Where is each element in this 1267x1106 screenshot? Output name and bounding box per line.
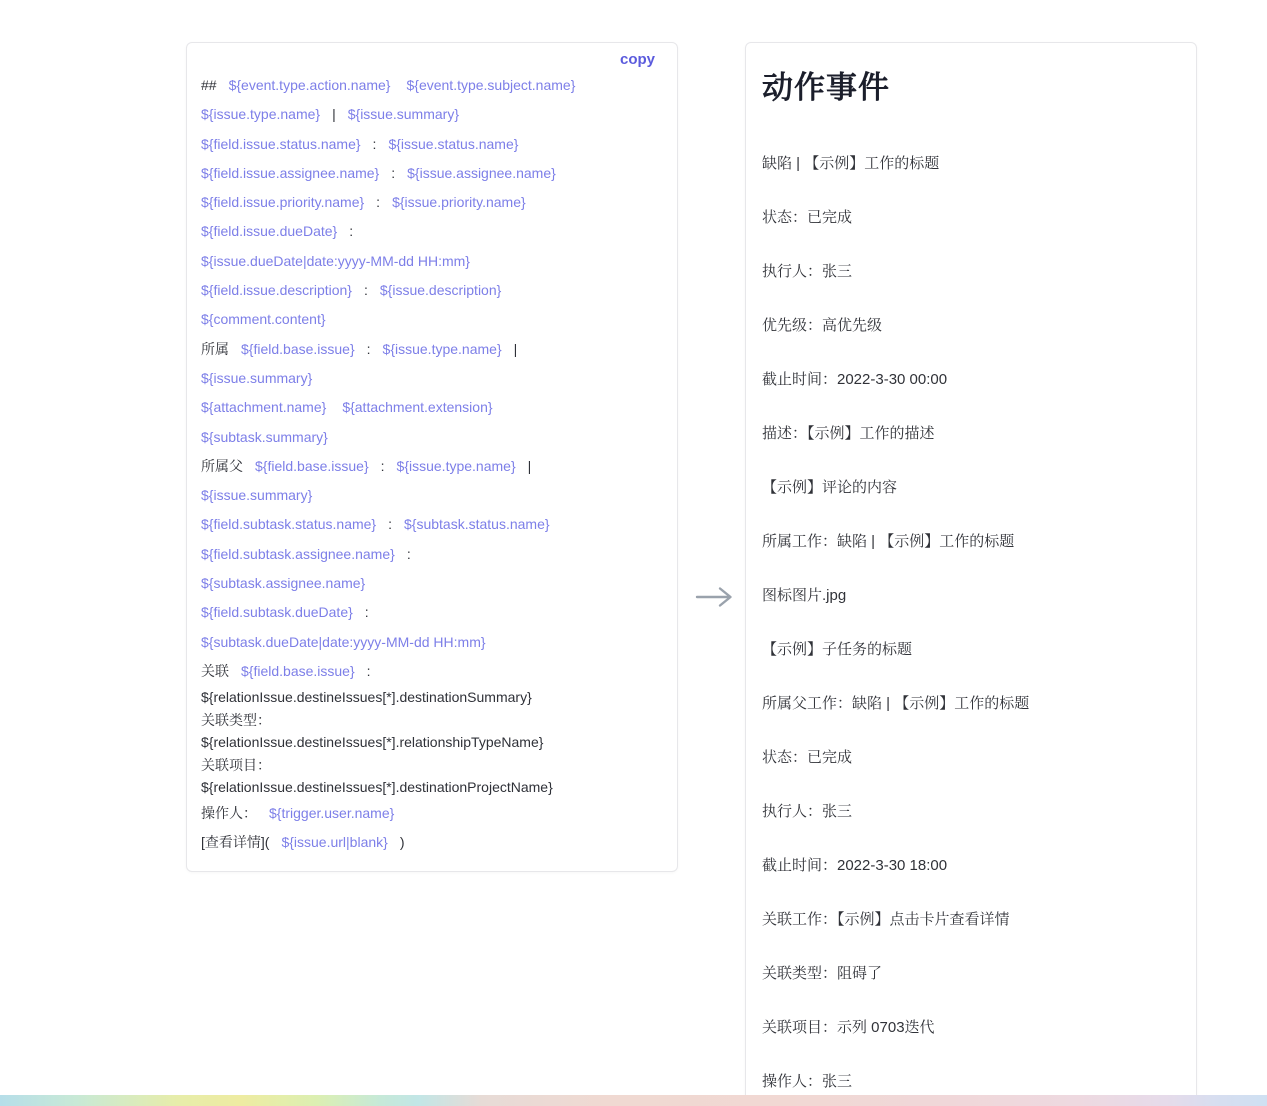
template-variable-token: ${event.type.subject.name} — [406, 77, 575, 93]
template-variable-token: ${field.subtask.dueDate} — [201, 604, 353, 620]
template-variable-token: ${attachment.extension} — [342, 399, 492, 415]
template-content: ##${event.type.action.name}${event.type.… — [187, 43, 677, 863]
template-variable-token: ${subtask.assignee.name} — [201, 575, 365, 591]
template-text: : — [391, 165, 395, 181]
template-line: 关联类型： — [201, 709, 663, 732]
template-line: ##${event.type.action.name}${event.type.… — [201, 71, 663, 100]
template-variable-token: ${issue.description} — [380, 282, 501, 298]
preview-line: 状态：已完成 — [762, 747, 1180, 768]
template-variable-token: ${issue.type.name} — [397, 458, 516, 474]
template-variable-token: ${subtask.status.name} — [404, 516, 550, 532]
template-text: 操作人： — [201, 805, 257, 821]
template-variable-token: ${issue.dueDate|date:yyyy-MM-dd HH:mm} — [201, 253, 470, 269]
template-variable-token: ${field.issue.assignee.name} — [201, 165, 379, 181]
template-text: ## — [201, 77, 217, 93]
template-line: ${subtask.summary} — [201, 423, 663, 452]
template-line: ${field.subtask.dueDate}: — [201, 598, 663, 627]
template-variable-token: ${issue.summary} — [201, 370, 312, 386]
preview-body: 缺陷 | 【示例】工作的标题状态：已完成执行人：张三优先级：高优先级截止时间：2… — [762, 153, 1180, 1092]
template-line: ${field.issue.status.name}:${issue.statu… — [201, 130, 663, 159]
template-line: 关联${field.base.issue}: — [201, 657, 663, 686]
template-text: 所属 — [201, 341, 229, 357]
preview-line: 执行人：张三 — [762, 261, 1180, 282]
template-variable-token: ${issue.type.name} — [383, 341, 502, 357]
template-variable-token: ${field.issue.status.name} — [201, 136, 361, 152]
template-line: ${attachment.name}${attachment.extension… — [201, 393, 663, 422]
template-text: [查看详情]( — [201, 834, 269, 850]
preview-line: 图标图片.jpg — [762, 585, 1180, 606]
template-text: : — [376, 194, 380, 210]
template-variable-token: ${issue.summary} — [348, 106, 459, 122]
template-line: ${relationIssue.destineIssues[*].destina… — [201, 776, 663, 799]
preview-line: 优先级：高优先级 — [762, 315, 1180, 336]
template-line: ${issue.dueDate|date:yyyy-MM-dd HH:mm} — [201, 247, 663, 276]
template-text: : — [364, 282, 368, 298]
bottom-gradient-bar — [0, 1095, 1267, 1106]
template-variable-token: ${field.base.issue} — [255, 458, 369, 474]
template-text: ) — [400, 834, 405, 850]
template-variable-token: ${trigger.user.name} — [269, 805, 394, 821]
preview-line: 状态：已完成 — [762, 207, 1180, 228]
preview-line: 关联工作：【示例】点击卡片查看详情 — [762, 909, 1180, 930]
template-editor-card: copy ##${event.type.action.name}${event.… — [186, 42, 678, 872]
template-variable-token: ${field.subtask.status.name} — [201, 516, 376, 532]
preview-line: 描述：【示例】工作的描述 — [762, 423, 1180, 444]
template-text: : — [373, 136, 377, 152]
template-variable-token: ${subtask.summary} — [201, 429, 328, 445]
preview-line: 截止时间：2022-3-30 18:00 — [762, 855, 1180, 876]
template-line: 关联项目： — [201, 754, 663, 777]
template-line: ${field.subtask.status.name}:${subtask.s… — [201, 510, 663, 539]
template-variable-token: ${field.issue.dueDate} — [201, 223, 337, 239]
template-variable-token: ${issue.priority.name} — [392, 194, 526, 210]
template-line: ${comment.content} — [201, 305, 663, 334]
template-text: : — [367, 663, 371, 679]
template-variable-token: ${attachment.name} — [201, 399, 326, 415]
template-variable-token: ${issue.summary} — [201, 487, 312, 503]
template-line: ${field.subtask.assignee.name}: — [201, 540, 663, 569]
template-line: ${field.issue.assignee.name}:${issue.ass… — [201, 159, 663, 188]
template-variable-token: ${issue.url|blank} — [281, 834, 387, 850]
preview-line: 所属父工作：缺陷 | 【示例】工作的标题 — [762, 693, 1180, 714]
template-text: | — [332, 106, 336, 122]
template-line: ${issue.summary} — [201, 481, 663, 510]
template-variable-token: ${subtask.dueDate|date:yyyy-MM-dd HH:mm} — [201, 634, 486, 650]
right-arrow-icon — [694, 582, 736, 612]
template-line: ${subtask.assignee.name} — [201, 569, 663, 598]
template-line: ${relationIssue.destineIssues[*].destina… — [201, 686, 663, 709]
template-line: 所属父${field.base.issue}:${issue.type.name… — [201, 452, 663, 481]
template-variable-token: ${issue.status.name} — [388, 136, 518, 152]
preview-line: 【示例】评论的内容 — [762, 477, 1180, 498]
template-text: : — [381, 458, 385, 474]
template-variable-token: ${issue.type.name} — [201, 106, 320, 122]
template-text: : — [407, 546, 411, 562]
template-text: 所属父 — [201, 458, 243, 474]
template-text: : — [388, 516, 392, 532]
template-variable-token: ${field.base.issue} — [241, 341, 355, 357]
template-line: [查看详情](${issue.url|blank}) — [201, 828, 663, 857]
preview-line: 缺陷 | 【示例】工作的标题 — [762, 153, 1180, 174]
preview-line: 关联项目：示列 0703迭代 — [762, 1017, 1180, 1038]
preview-card: 动作事件 缺陷 | 【示例】工作的标题状态：已完成执行人：张三优先级：高优先级截… — [745, 42, 1197, 1106]
preview-line: 【示例】子任务的标题 — [762, 639, 1180, 660]
template-text: : — [367, 341, 371, 357]
template-variable-token: ${field.issue.priority.name} — [201, 194, 364, 210]
preview-line: 关联类型：阻碍了 — [762, 963, 1180, 984]
preview-line: 执行人：张三 — [762, 801, 1180, 822]
template-line: ${issue.summary} — [201, 364, 663, 393]
template-variable-token: ${field.subtask.assignee.name} — [201, 546, 395, 562]
template-line: 操作人：${trigger.user.name} — [201, 799, 663, 828]
template-text: | — [528, 458, 532, 474]
template-text: 关联 — [201, 663, 229, 679]
template-line: 所属${field.base.issue}:${issue.type.name}… — [201, 335, 663, 364]
template-variable-token: ${field.base.issue} — [241, 663, 355, 679]
template-variable-token: ${issue.assignee.name} — [407, 165, 556, 181]
template-text: | — [514, 341, 518, 357]
preview-line: 截止时间：2022-3-30 00:00 — [762, 369, 1180, 390]
template-variable-token: ${field.issue.description} — [201, 282, 352, 298]
template-text: : — [349, 223, 353, 239]
preview-line: 操作人：张三 — [762, 1071, 1180, 1092]
template-variable-token: ${comment.content} — [201, 311, 326, 327]
preview-line: 所属工作：缺陷 | 【示例】工作的标题 — [762, 531, 1180, 552]
template-line: ${subtask.dueDate|date:yyyy-MM-dd HH:mm} — [201, 628, 663, 657]
template-text: : — [365, 604, 369, 620]
copy-button[interactable]: copy — [620, 51, 655, 68]
template-line: ${field.issue.description}:${issue.descr… — [201, 276, 663, 305]
template-line: ${field.issue.dueDate}: — [201, 217, 663, 246]
template-line: ${issue.type.name}|${issue.summary} — [201, 100, 663, 129]
template-variable-token: ${event.type.action.name} — [229, 77, 391, 93]
template-line: ${field.issue.priority.name}:${issue.pri… — [201, 188, 663, 217]
template-line: ${relationIssue.destineIssues[*].relatio… — [201, 731, 663, 754]
preview-title: 动作事件 — [762, 69, 1180, 107]
